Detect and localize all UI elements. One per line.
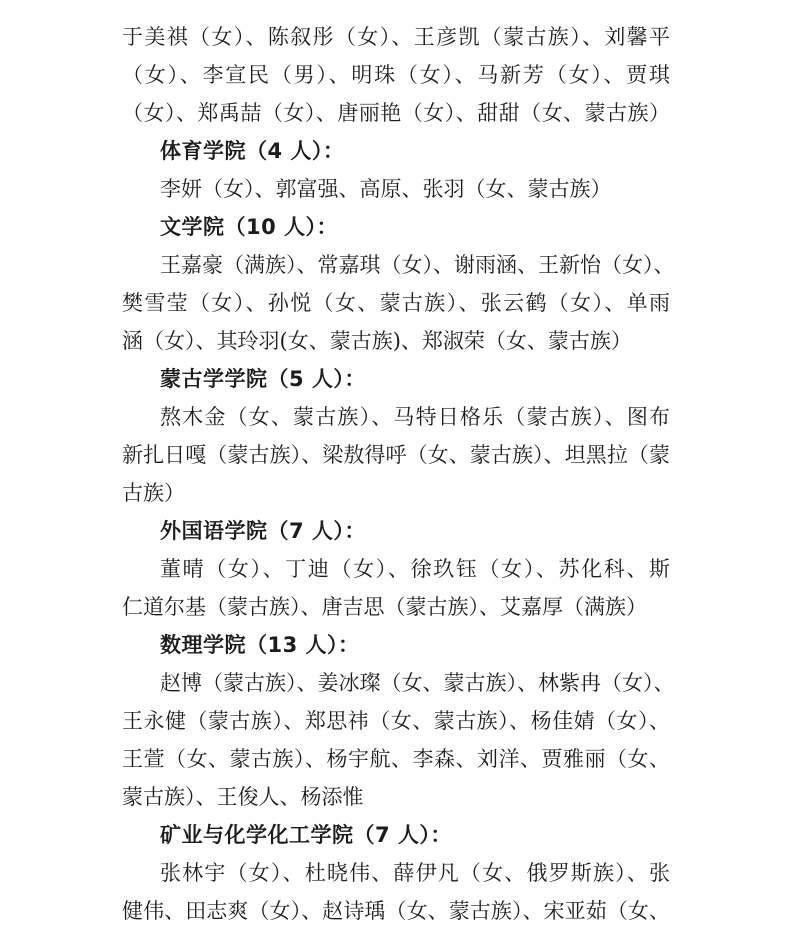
text-line: 赵博（蒙古族）、姜冰璨（女、蒙古族）、林紫冉（女）、	[122, 664, 670, 702]
text-line: 王永健（蒙古族）、郑思祎（女、蒙古族）、杨佳婧（女）、	[122, 702, 670, 740]
text-line: 古族）	[122, 474, 670, 512]
text-block: 于美祺（女）、陈叙彤（女）、王彦凯（蒙古族）、刘馨平（女）、李宣民（男）、明珠（…	[122, 18, 670, 930]
text-line: （女）、李宣民（男）、明珠（女）、马新芳（女）、贾琪	[122, 56, 670, 94]
text-line: 李妍（女）、郭富强、高原、张羽（女、蒙古族）	[122, 170, 670, 208]
text-line: 新扎日嘎（蒙古族）、梁敖得呼（女、蒙古族）、坦黑拉（蒙	[122, 436, 670, 474]
text-line: 董晴（女）、丁迪（女）、徐玖钰（女）、苏化科、斯	[122, 550, 670, 588]
text-line: 王嘉豪（满族）、常嘉琪（女）、谢雨涵、王新怡（女）、	[122, 246, 670, 284]
text-line: 蒙古族）、王俊人、杨添惟	[122, 778, 670, 816]
document-page: 于美祺（女）、陈叙彤（女）、王彦凯（蒙古族）、刘馨平（女）、李宣民（男）、明珠（…	[0, 0, 794, 936]
section-heading: 蒙古学学院（5 人）：	[122, 360, 670, 398]
text-line: 于美祺（女）、陈叙彤（女）、王彦凯（蒙古族）、刘馨平	[122, 18, 670, 56]
text-line: 熬木金（女、蒙古族）、马特日格乐（蒙古族）、图布	[122, 398, 670, 436]
text-line: （女）、郑禹喆（女）、唐丽艳（女）、甜甜（女、蒙古族）	[122, 94, 670, 132]
text-line: 樊雪莹（女）、孙悦（女、蒙古族）、张云鹤（女）、单雨	[122, 284, 670, 322]
section-heading: 文学院（10 人）：	[122, 208, 670, 246]
section-heading: 体育学院（4 人）：	[122, 132, 670, 170]
text-line: 王萱（女、蒙古族）、杨宇航、李森、刘洋、贾雅丽（女、	[122, 740, 670, 778]
text-line: 仁道尔基（蒙古族）、唐吉思（蒙古族）、艾嘉厚（满族）	[122, 588, 670, 626]
section-heading: 矿业与化学化工学院（7 人）：	[122, 816, 670, 854]
section-heading: 数理学院（13 人）：	[122, 626, 670, 664]
text-line: 健伟、田志爽（女）、赵诗瑀（女、蒙古族）、宋亚茹（女、	[122, 892, 670, 930]
section-heading: 外国语学院（7 人）：	[122, 512, 670, 550]
text-line: 涵（女）、其玲羽(女、蒙古族)、郑淑荣（女、蒙古族）	[122, 322, 670, 360]
text-line: 张林宇（女）、杜晓伟、薛伊凡（女、俄罗斯族）、张	[122, 854, 670, 892]
